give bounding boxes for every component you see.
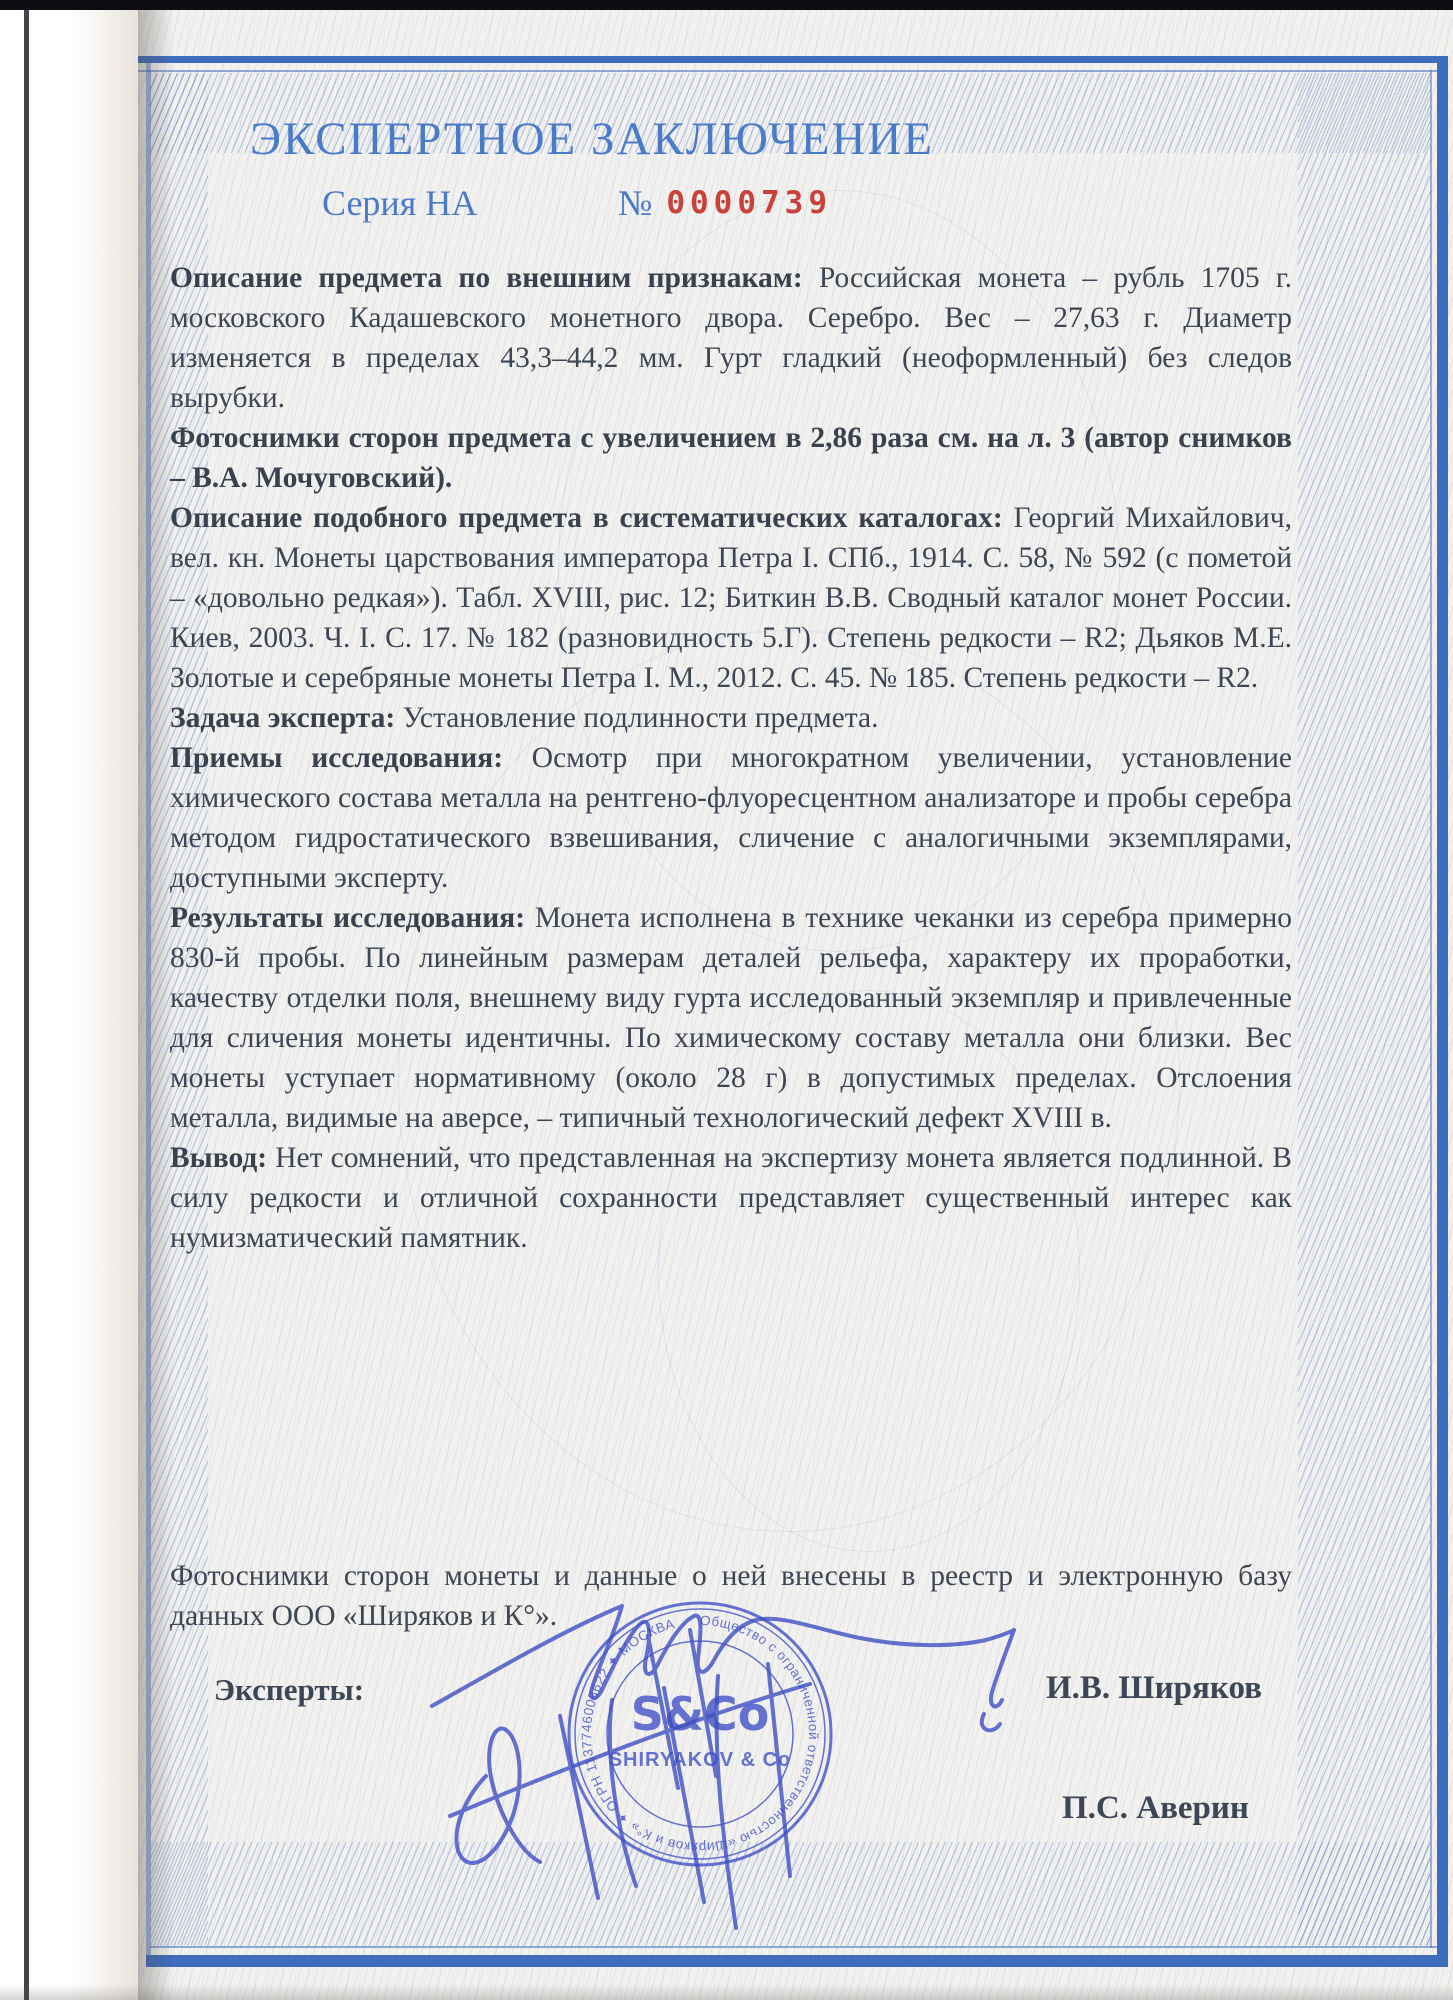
- scanner-top-strip: [0, 0, 1453, 10]
- paragraph-methods: Приемы исследования: Осмотр при многокра…: [170, 738, 1292, 898]
- experts-label: Эксперты:: [214, 1672, 364, 1708]
- scanned-certificate: ЭКСПЕРТНОЕ ЗАКЛЮЧЕНИЕ Серия НА №0000739 …: [0, 0, 1453, 2000]
- signature-averin: [450, 1630, 810, 1928]
- certificate-title: ЭКСПЕРТНОЕ ЗАКЛЮЧЕНИЕ: [250, 112, 934, 166]
- frame-top-bar: [138, 56, 1448, 63]
- guilloche-right-band: [1298, 73, 1430, 1945]
- paragraph-catalogs: Описание подобного предмета в систематич…: [170, 498, 1292, 698]
- frame-top-line: [138, 70, 1448, 72]
- paragraph-description: Описание предмета по внешним признакам: …: [170, 258, 1292, 418]
- paragraph-results: Результаты исследования: Монета исполнен…: [170, 898, 1292, 1138]
- series-label: Серия НА: [322, 182, 477, 224]
- certificate-number: №0000739: [618, 182, 832, 224]
- paragraph-photos: Фотоснимки сторон предмета с увеличением…: [170, 418, 1292, 498]
- number-sign: №: [618, 183, 652, 223]
- frame-right-line: [1430, 70, 1432, 1948]
- scan-bottom-shadow: [0, 1984, 1453, 2000]
- body-text: Описание предмета по внешним признакам: …: [170, 258, 1292, 1258]
- book-pages-edge: [0, 8, 140, 2000]
- signatures-overlay: [380, 1560, 1100, 1960]
- page-fold-shadow: [138, 10, 174, 2000]
- frame-right-bar: [1437, 56, 1448, 1967]
- book-cover-line: [24, 8, 29, 2000]
- serial-number: 0000739: [666, 185, 832, 221]
- paragraph-task: Задача эксперта: Установление подлинност…: [170, 698, 1292, 738]
- paragraph-conclusion: Вывод: Нет сомнений, что представленная …: [170, 1138, 1292, 1258]
